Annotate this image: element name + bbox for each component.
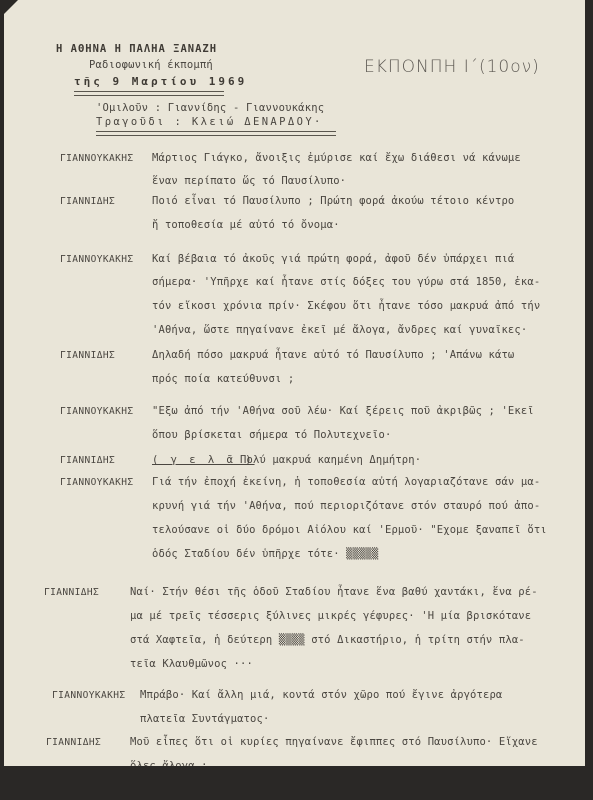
dialogue-line: πρός ποία κατεύθυνσι ; (152, 373, 294, 385)
dialogue-line: Ναί· Στήν θέσι τῆς ὁδοῦ Σταδίου ἦτανε ἕν… (130, 586, 538, 598)
speaker-label: ΓΙΑΝΝΙΔΗΣ (60, 350, 115, 361)
speakers-line: 'Ομιλοῦν : Γιαννίδης - Γιαννουκάκης (96, 102, 324, 114)
dialogue-line: κρυνή γιά τήν 'Αθήνα, πού περιοριζότανε … (152, 500, 540, 512)
speaker-label: ΓΙΑΝΝΟΥΚΑΚΗΣ (60, 406, 133, 417)
speaker-label: ΓΙΑΝΝΙΔΗΣ (46, 737, 101, 748)
dialogue-line: ἤ τοποθεσία μέ αὐτό τό ὄνομα· (152, 219, 340, 231)
dialogue-line: τεῖα Κλαυθμῶνος ··· (130, 658, 253, 670)
dialogue-line: Μάρτιος Γιάγκο, ἄνοιξις ἐμύρισε καί ἔχω … (152, 152, 521, 164)
dialogue-line: "Εξω ἀπό τήν 'Αθήνα σοῦ λέω· Καί ξέρεις … (152, 405, 534, 417)
document-title: Η ΑΘΗΝΑ Η ΠΑΛΗΑ ΞΑΝΑΖΗ (56, 43, 217, 55)
speakers-underline (96, 131, 336, 136)
song-line: Τραγοῦδι : Κλειώ ΔΕΝΑΡΔΟΥ· (96, 116, 323, 128)
dialogue-line: ὁδός Σταδίου δέν ὑπῆρχε τότε· ▒▒▒▒▒ (152, 548, 379, 560)
speaker-label: ΓΙΑΝΝΟΥΚΑΚΗΣ (52, 690, 125, 701)
speaker-label: ΓΙΑΝΝΙΔΗΣ (44, 587, 99, 598)
handwritten-episode-note: ΕΚΠΟΝΠΗ Ι΄(10ον) (364, 57, 540, 77)
dialogue-line: Δηλαδή πόσο μακρυά ἦτανε αὐτό τό Παυσίλυ… (152, 349, 514, 361)
broadcast-date: τῆς 9 Μαρτίου 1969 (74, 75, 247, 88)
dialogue-line: Μπράβο· Καί ἄλλη μιά, κοντά στόν χῶρο πο… (140, 689, 502, 701)
dialogue-line: Καί βέβαια τό ἀκοῦς γιά πρώτη φορά, ἀφοῦ… (152, 253, 514, 265)
dialogue-line: μα μέ τρεῖς τέσσερις ξύλινες μικρές γέφυ… (130, 610, 531, 622)
broadcast-subtitle: Ραδιοφωνική έκπομπή (89, 59, 213, 71)
dialogue-line: Μοῦ εἶπες ὅτι οἱ κυρίες πηγαίνανε ἔφιππε… (130, 736, 538, 748)
speaker-label: ΓΙΑΝΝΟΥΚΑΚΗΣ (60, 153, 133, 164)
dialogue-line: Γιά τήν ἐποχή ἐκείνη, ἡ τοποθεσία αὐτή λ… (152, 476, 540, 488)
dialogue-line: ὅλες ἄλογα ; (130, 760, 208, 772)
dialogue-line: Ποιό εἶναι τό Παυσίλυπο ; Πρώτη φορά ἀκο… (152, 195, 514, 207)
dialogue-line: πλατεῖα Συντάγματος· (140, 713, 269, 725)
dialogue-line: τελούσανε οἱ δύο δρόμοι Αἰόλου καί 'Ερμο… (152, 524, 547, 536)
speaker-label: ΓΙΑΝΝΟΥΚΑΚΗΣ (60, 477, 133, 488)
dialogue-line: ὅπου βρίσκεται σήμερα τό Πολυτεχνεῖο· (152, 429, 391, 441)
dialogue-line: τόν εἴκοσι χρόνια πρίν· Σκέφου ὅτι ἦτανε… (152, 300, 540, 312)
dialogue-line: στά Χαφτεῖα, ἡ δεύτερη ▒▒▒▒ στό Δικαστήρ… (130, 634, 525, 646)
speaker-label: ΓΙΑΝΝΙΔΗΣ (60, 455, 115, 466)
dialogue-line: 'Αθήνα, ὥστε πηγαίνανε ἐκεῖ μέ ἄλογα, ἄν… (152, 324, 527, 336)
header-underline (74, 91, 224, 96)
document-page: Η ΑΘΗΝΑ Η ΠΑΛΗΑ ΞΑΝΑΖΗ Ραδιοφωνική έκπομ… (4, 0, 585, 766)
dialogue-line: ἕναν περίπατο ὥς τό Παυσίλυπο· (152, 175, 346, 187)
dialogue-line: Πολύ μακρυά καημένη Δημήτρη· (240, 454, 421, 466)
dialogue-line: σήμερα· 'Υπῆρχε καί ἦτανε στίς δόξες του… (152, 276, 540, 288)
speaker-label: ΓΙΑΝΝΟΥΚΑΚΗΣ (60, 254, 133, 265)
speaker-label: ΓΙΑΝΝΙΔΗΣ (60, 196, 115, 207)
